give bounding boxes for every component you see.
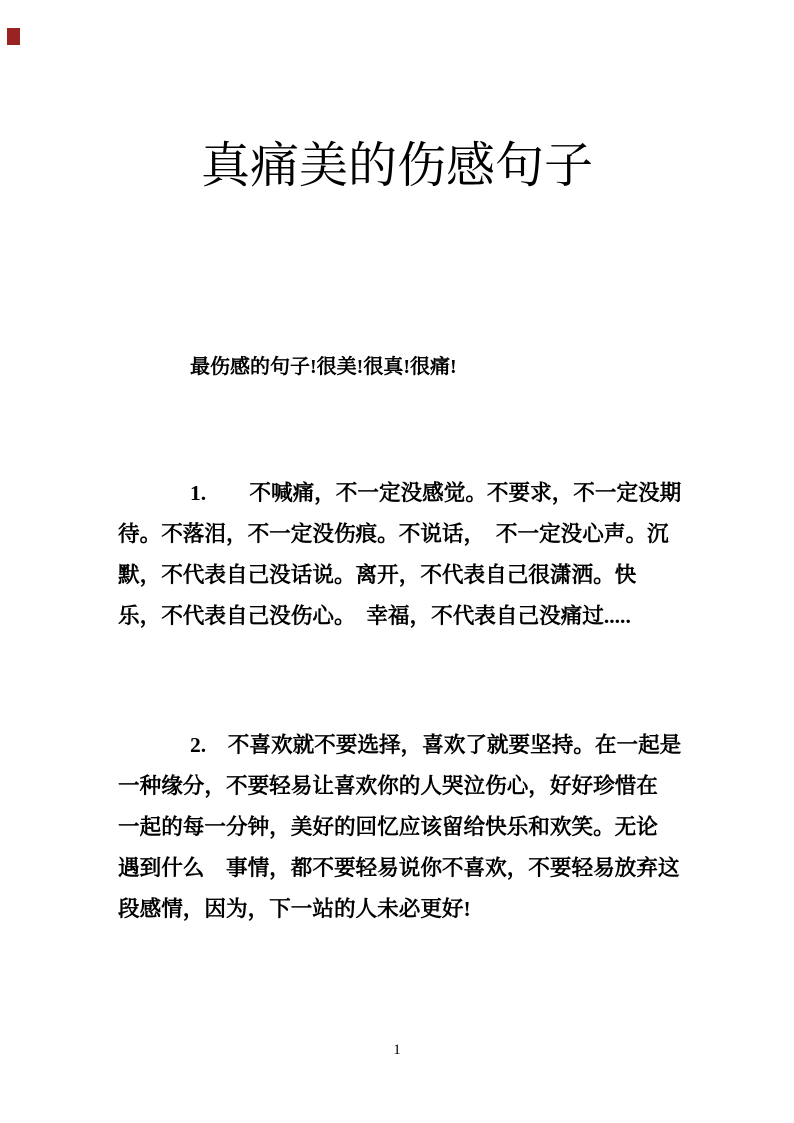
paragraph-line: 待。不落泪，不一定没伤痕。不说话， 不一定没心声。沉 <box>118 514 718 555</box>
paragraph-line: 遇到什么 事情，都不要轻易说你不喜欢，不要轻易放弃这 <box>118 848 718 889</box>
document-subtitle: 最伤感的句子!很美!很真!很痛! <box>190 352 457 382</box>
paragraph-line: 1. 不喊痛，不一定没感觉。不要求，不一定没期 <box>118 473 718 514</box>
paragraph-line: 默，不代表自己没话说。离开，不代表自己很潇洒。快 <box>118 555 718 596</box>
red-revision-mark <box>7 28 20 45</box>
paragraph-1: 1. 不喊痛，不一定没感觉。不要求，不一定没期待。不落泪，不一定没伤痕。不说话，… <box>118 473 718 637</box>
paragraph-line: 一起的每一分钟，美好的回忆应该留给快乐和欢笑。无论 <box>118 807 718 848</box>
paragraph-line: 2. 不喜欢就不要选择，喜欢了就要坚持。在一起是 <box>118 725 718 766</box>
paragraph-2: 2. 不喜欢就不要选择，喜欢了就要坚持。在一起是一种缘分，不要轻易让喜欢你的人哭… <box>118 725 718 930</box>
paragraph-line: 乐，不代表自己没伤心。 幸福，不代表自己没痛过..... <box>118 596 718 637</box>
paragraph-line: 一种缘分，不要轻易让喜欢你的人哭泣伤心，好好珍惜在 <box>118 766 718 807</box>
paragraph-line: 段感情，因为，下一站的人未必更好! <box>118 889 718 930</box>
document-title: 真痛美的伤感句子 <box>0 138 794 194</box>
document-page: 真痛美的伤感句子 最伤感的句子!很美!很真!很痛! 1. 不喊痛，不一定没感觉。… <box>0 0 794 1123</box>
page-number: 1 <box>0 1040 794 1060</box>
